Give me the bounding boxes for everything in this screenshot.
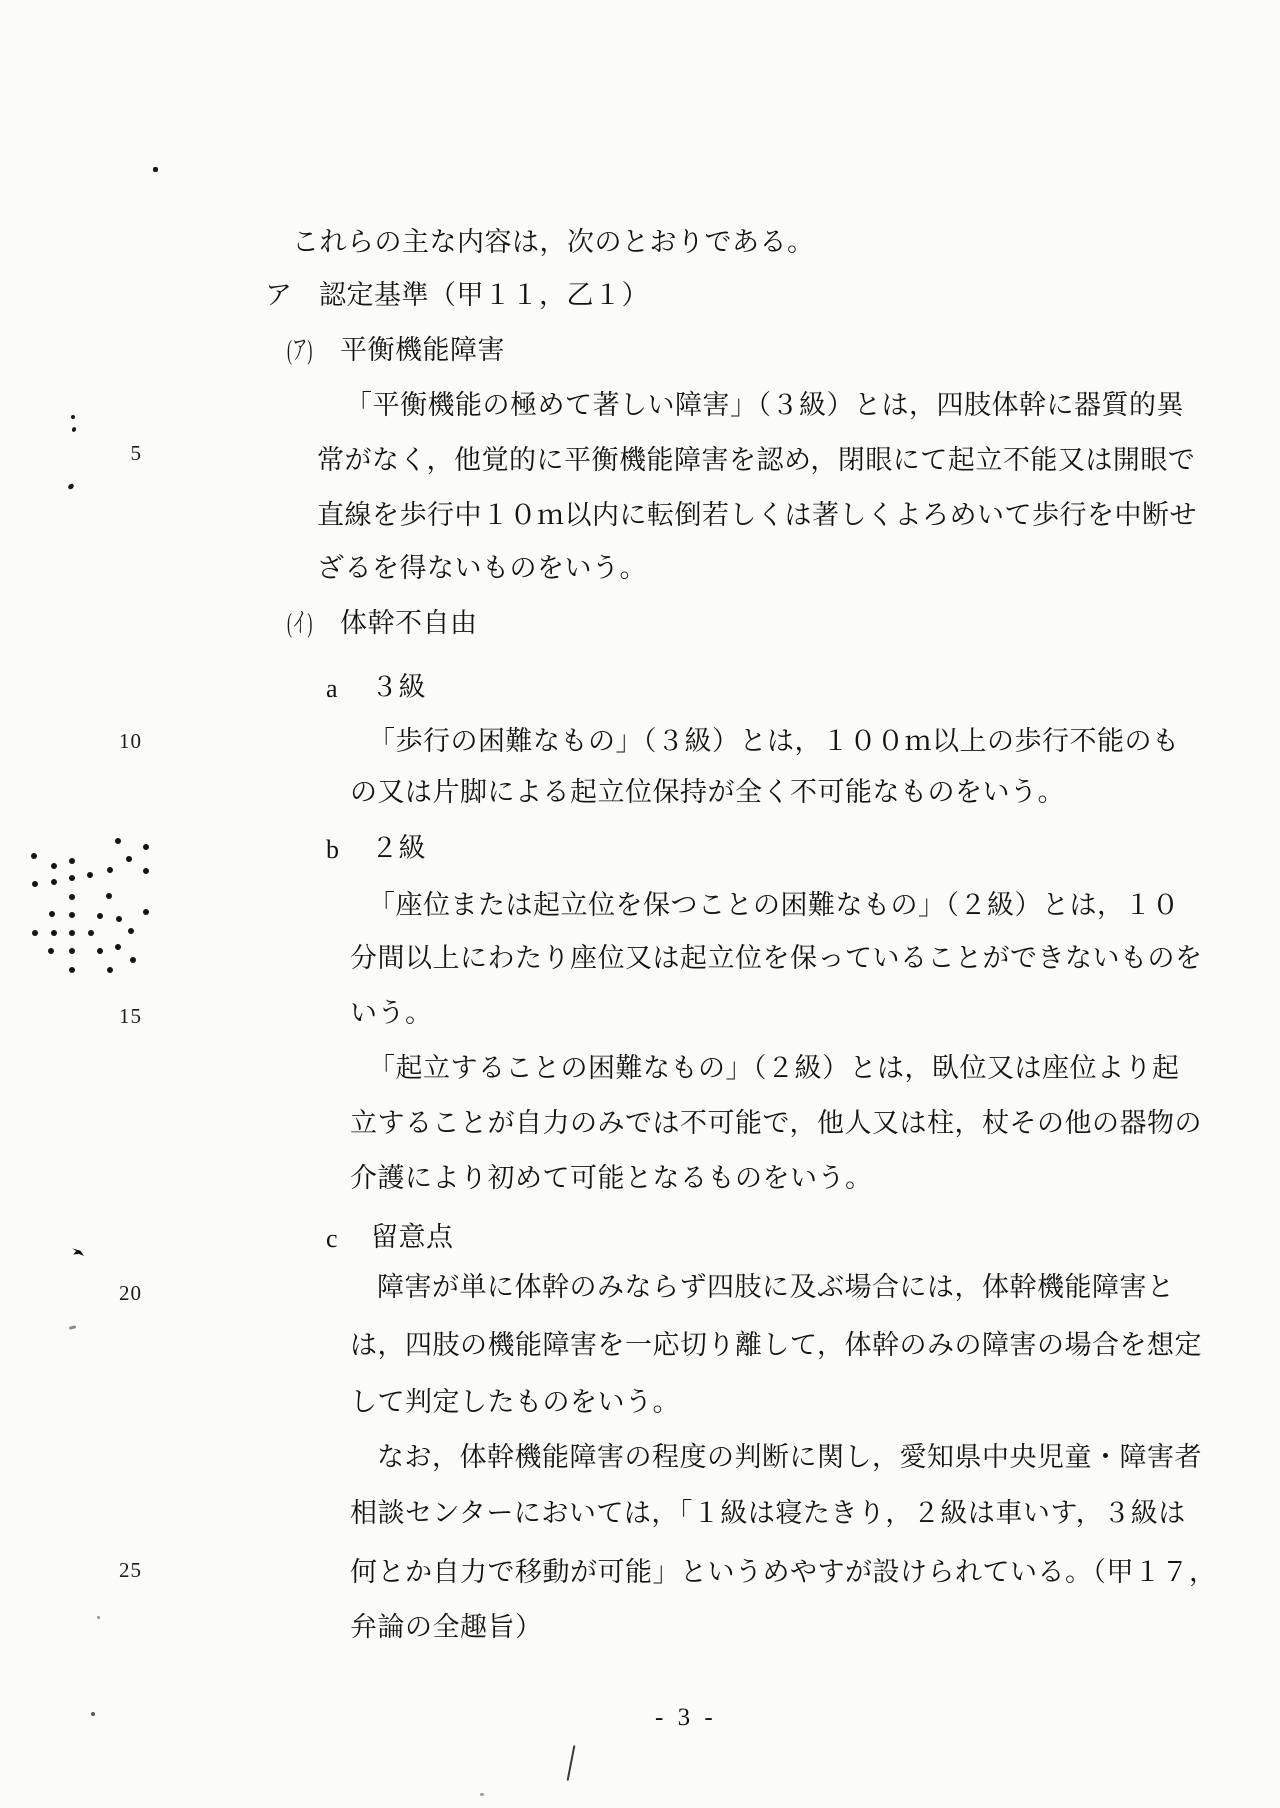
page-number: - 3 - — [655, 1704, 717, 1732]
ink-dot — [130, 957, 136, 963]
item-a-title: ３級 — [371, 672, 426, 703]
ink-speck — [153, 167, 158, 172]
text-line: 直線を歩行中１０ｍ以内に転倒若しくは著しくよろめいて歩行を中断せ — [317, 500, 1197, 531]
subsection-balance-title: 平衡機能障害 — [340, 335, 505, 366]
text-line: 「起立することの困難なもの」（２級）とは，臥位又は座位より起 — [368, 1053, 1180, 1084]
ink-dot — [49, 911, 55, 917]
ink-dot — [69, 967, 75, 973]
ink-dot — [97, 948, 103, 954]
margin-line-number-15: 15 — [106, 1004, 142, 1029]
ink-dot — [69, 894, 75, 900]
ink-dot — [97, 913, 103, 919]
text-line: いう。 — [350, 998, 433, 1029]
ink-dot — [107, 967, 113, 973]
ink-dot — [51, 879, 57, 885]
subsection-trunk-title: 体幹不自由 — [340, 608, 478, 639]
ink-dot — [88, 930, 94, 936]
text-line: ざるを得ないものをいう。 — [317, 553, 647, 584]
ink-dot — [116, 916, 122, 922]
margin-line-number-10: 10 — [106, 729, 142, 754]
ink-dot — [69, 875, 75, 881]
ink-dot — [143, 844, 149, 850]
text-line: 分間以上にわたり座位又は起立位を保っていることができないものを — [350, 943, 1203, 974]
text-line: 介護により初めて可能となるものをいう。 — [350, 1163, 873, 1194]
intro-line: これらの主な内容は，次のとおりである。 — [292, 227, 815, 258]
ink-dot — [32, 881, 38, 887]
text-line: 障害が単に体幹のみならず四肢に及ぶ場合には，体幹機能障害と — [377, 1272, 1175, 1303]
ink-dot — [69, 912, 75, 918]
text-line: して判定したものをいう。 — [350, 1387, 680, 1418]
ink-dot — [115, 944, 121, 950]
text-line: の又は片脚による起立位保持が全く不可能なものをいう。 — [350, 777, 1065, 808]
text-line: 「歩行の困難なもの」（３級）とは，１００ｍ以上の歩行不能のも — [368, 726, 1180, 757]
text-line: は，四肢の機能障害を一応切り離して，体幹のみの障害の場合を想定 — [350, 1330, 1202, 1361]
ink-dot — [107, 867, 113, 873]
ink-dot — [69, 858, 75, 864]
margin-line-number-20: 20 — [106, 1281, 142, 1306]
text-line: 「平衡機能の極めて著しい障害」（３級）とは，四肢体幹に器質的異 — [345, 390, 1184, 421]
ink-speck-faint — [69, 1325, 77, 1330]
text-line: 立することが自力のみでは不可能で，他人又は柱，杖その他の器物の — [350, 1108, 1202, 1139]
ink-speck — [71, 415, 75, 419]
ink-dot — [51, 863, 57, 869]
ink-dot — [106, 893, 112, 899]
ink-speck — [71, 426, 77, 432]
ink-dot — [48, 948, 54, 954]
section-a-label: ア — [265, 280, 293, 311]
ink-dot — [51, 930, 57, 936]
ink-dot — [143, 868, 149, 874]
ink-speck-faint — [480, 1793, 484, 1796]
ink-dot — [87, 872, 93, 878]
ink-dot — [69, 948, 75, 954]
ink-dot — [128, 928, 134, 934]
margin-line-number-5: 5 — [106, 441, 142, 466]
text-line: 相談センターにおいては，「１級は寝たきり，２級は車いす，３級は — [350, 1498, 1186, 1529]
item-b-title: ２級 — [371, 833, 426, 864]
ink-speck-faint — [91, 1712, 95, 1716]
text-line: 「座位または起立位を保つことの困難なもの」（２級）とは，１０ — [368, 890, 1180, 921]
ink-slash-mark — [567, 1745, 576, 1781]
section-a-title: 認定基準（甲１１，乙１） — [319, 280, 649, 311]
item-c-title: 留意点 — [371, 1222, 454, 1253]
text-line: 何とか自力で移動が可能」というめやすが設けられている。（甲１７， — [350, 1557, 1217, 1588]
ink-dot — [143, 909, 149, 915]
text-line: 弁論の全趣旨） — [350, 1612, 543, 1643]
ink-dot — [126, 856, 132, 862]
scanned-document-page: 5 10 15 20 25 これらの主な内容は，次のとおりである。 ア 認定基準… — [0, 0, 1280, 1808]
item-b-label: b — [326, 834, 340, 865]
ink-dot — [115, 838, 121, 844]
ink-speck — [67, 483, 74, 490]
text-line: なお，体幹機能障害の程度の判断に関し，愛知県中央児童・障害者 — [377, 1442, 1202, 1473]
item-c-label: c — [326, 1223, 338, 1254]
subsection-trunk-label: (イ) — [287, 608, 333, 639]
ink-dot — [69, 930, 75, 936]
margin-line-number-25: 25 — [106, 1558, 142, 1583]
ink-speck-faint — [97, 1616, 100, 1619]
subsection-balance-label: (ア) — [287, 335, 333, 366]
ink-dot — [32, 930, 38, 936]
ink-dot — [31, 853, 37, 859]
text-line: 常がなく，他覚的に平衡機能障害を認め，閉眼にて起立不能又は開眼で — [317, 445, 1195, 476]
item-a-label: a — [326, 673, 338, 704]
ink-blotch — [72, 1247, 84, 1256]
